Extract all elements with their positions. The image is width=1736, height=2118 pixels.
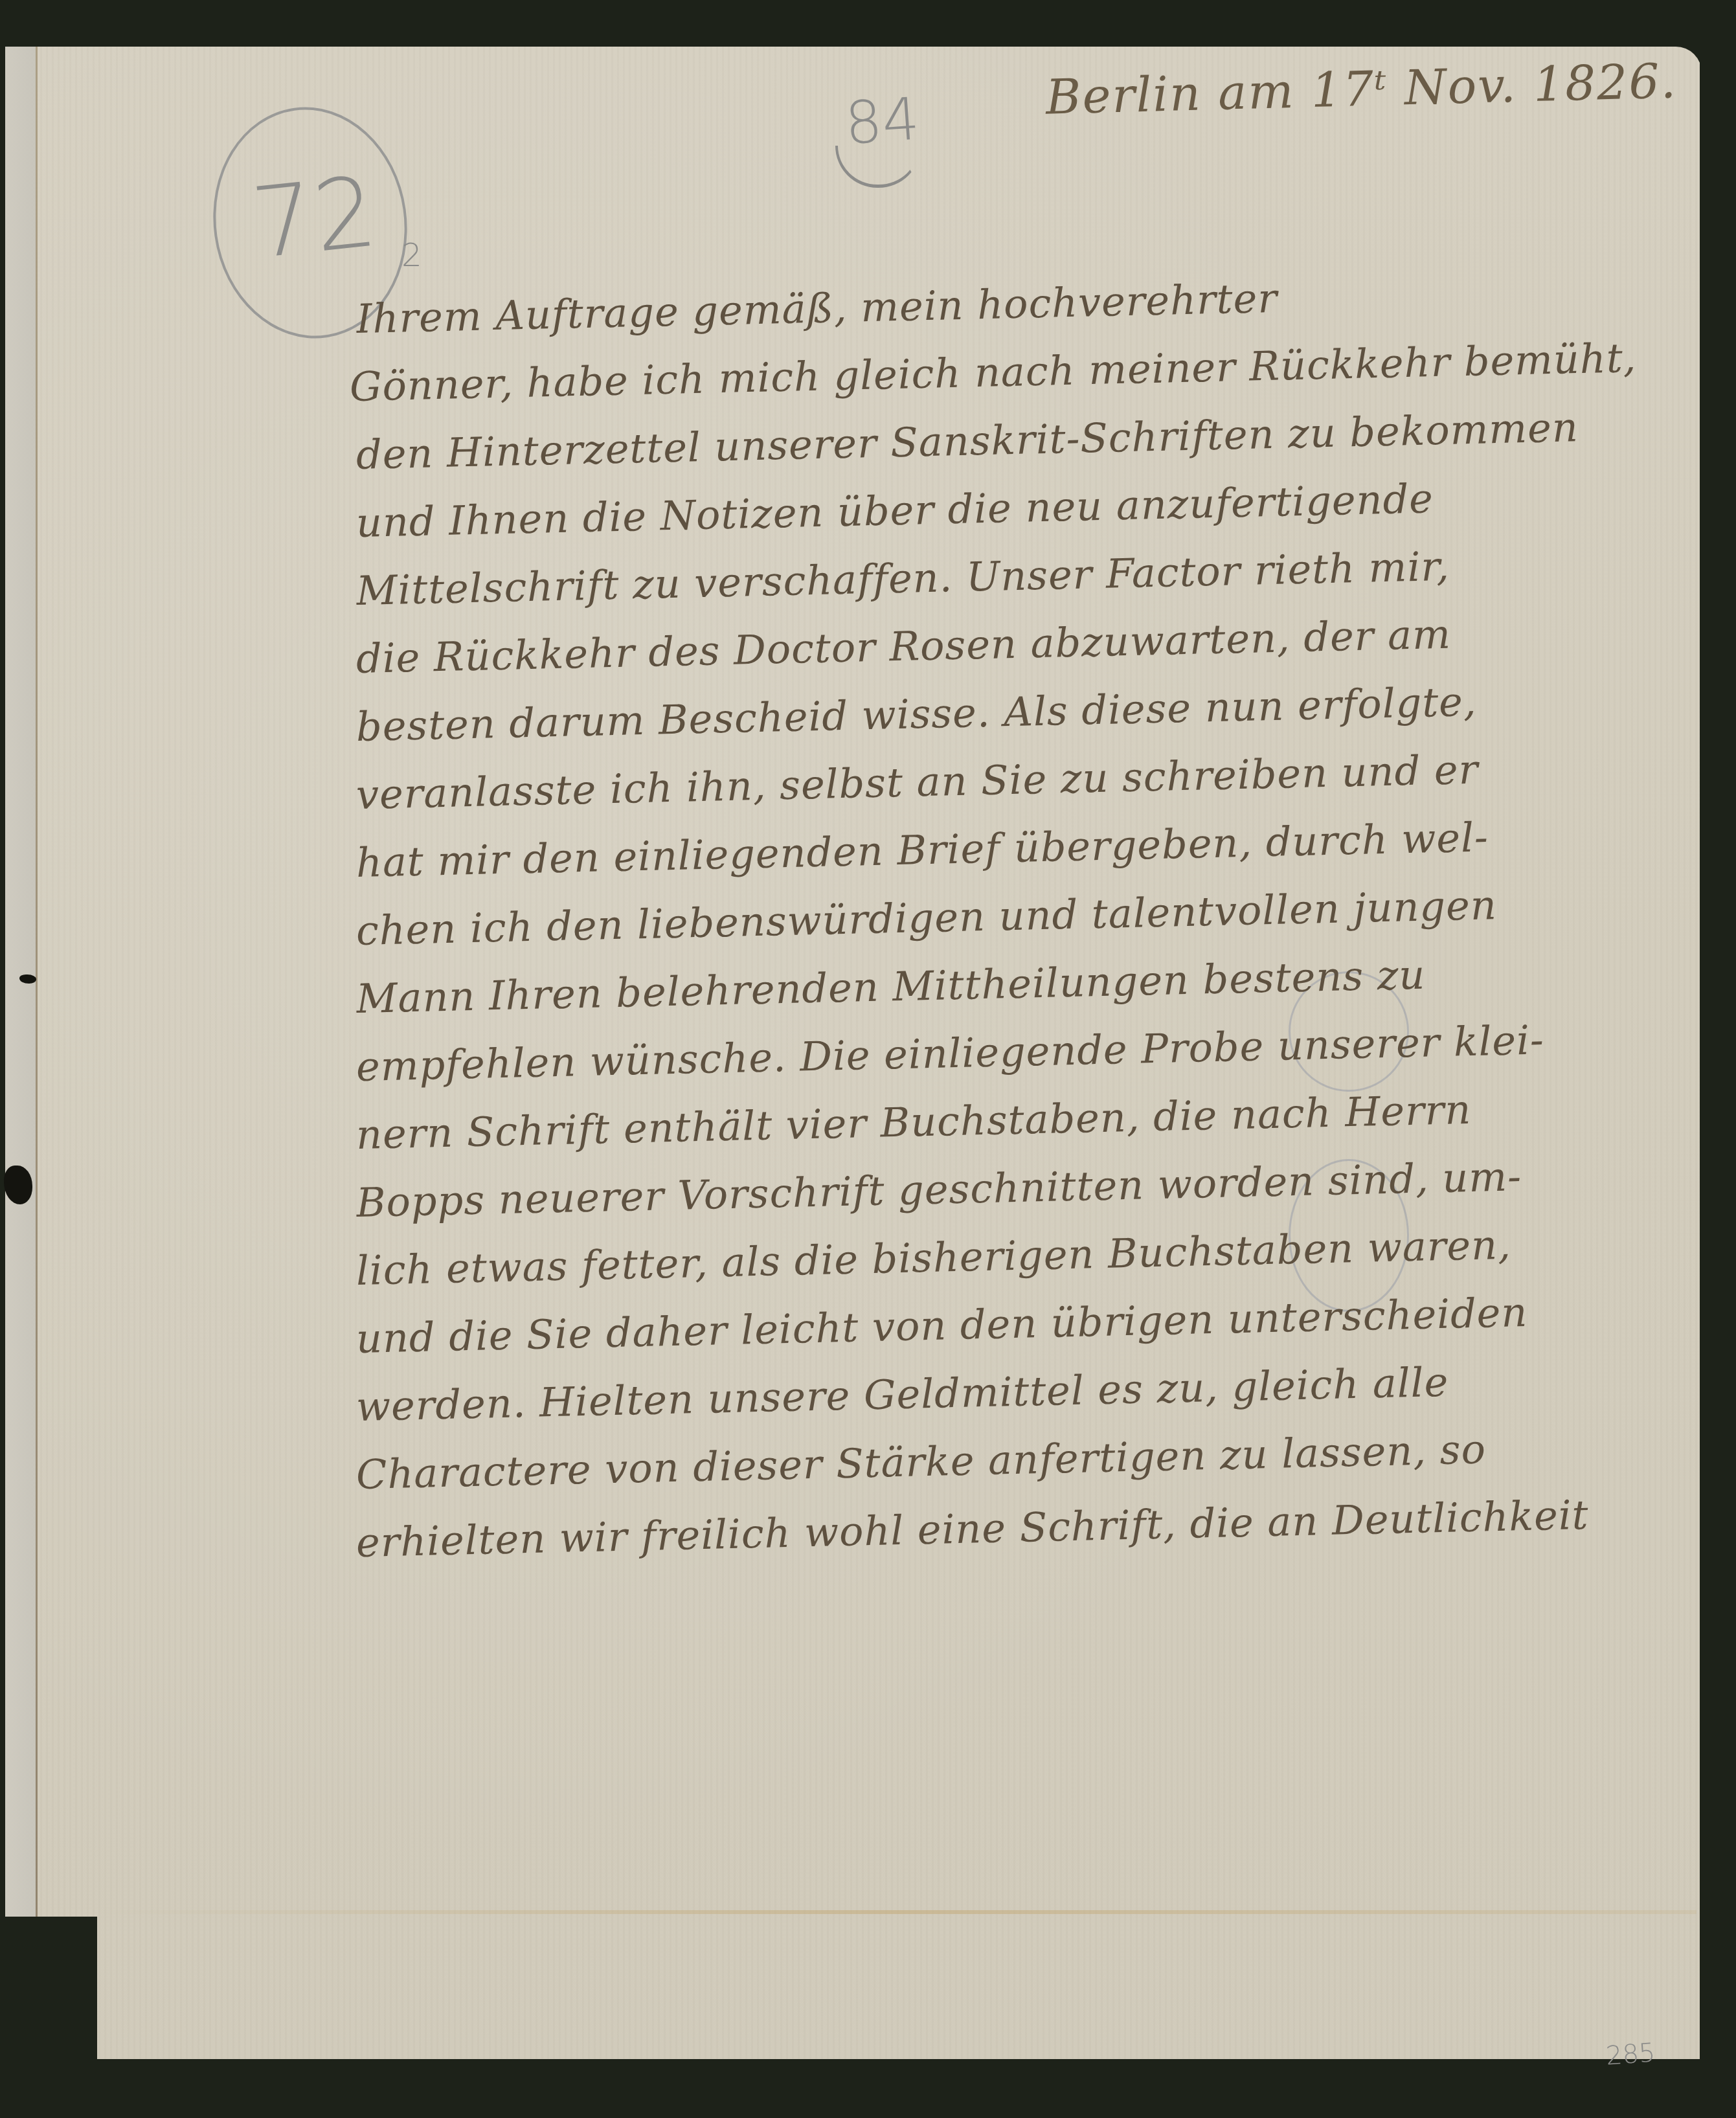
horizontal-fold — [97, 1910, 1697, 1914]
small-pencil-mark: 2 — [401, 236, 422, 274]
circled-archive-number: 72 — [247, 156, 381, 281]
bottom-background — [97, 2059, 1736, 2118]
ink-blot-upper — [19, 975, 36, 984]
binding-fold-line — [36, 47, 38, 1918]
paper-notch-background — [0, 1917, 97, 2118]
bottom-archive-number: 285 — [1605, 2038, 1656, 2071]
right-background — [1700, 0, 1736, 2118]
letter-body: Ihrem Auftrage gemäß, mein hochverehrter… — [356, 285, 1671, 1577]
